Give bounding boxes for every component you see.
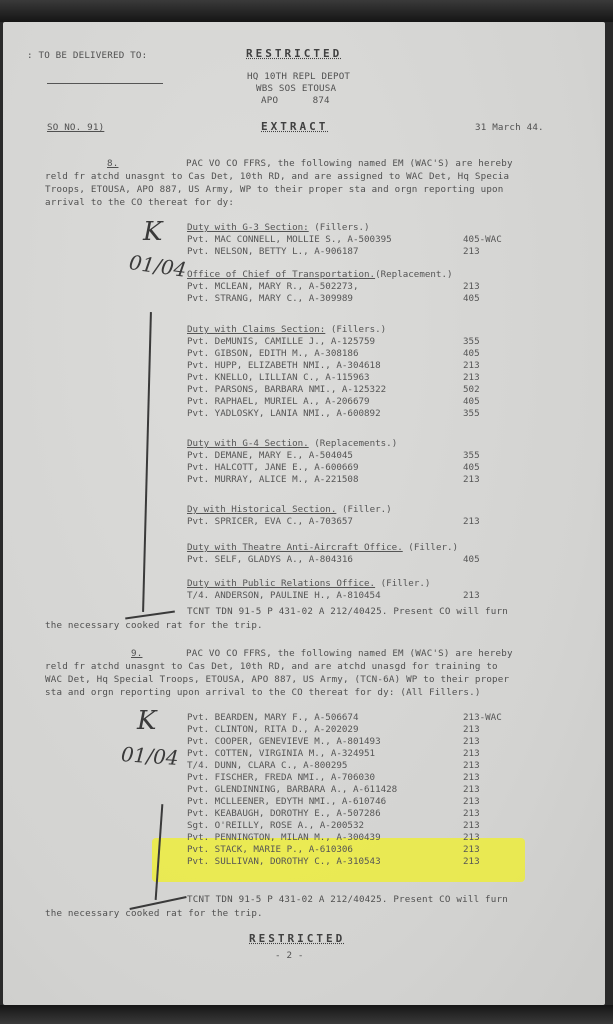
mos-code: 213	[463, 516, 480, 527]
roster-entry: Pvt. CLINTON, RITA D., A-202029	[187, 724, 358, 735]
roster-entry: Pvt. COTTEN, VIRGINIA M., A-324951	[187, 748, 375, 759]
section-heading-claims: Duty with Claims Section: (Fillers.)	[187, 324, 386, 335]
paragraph-8-closing-line-1: TCNT TDN 91-5 P 431-02 A 212/40425. Pres…	[187, 606, 508, 617]
unit-line-2: WBS SOS ETOUSA	[256, 83, 336, 94]
section-heading-g4: Duty with G-4 Section. (Replacements.)	[187, 438, 397, 449]
delivered-to-label: : TO BE DELIVERED TO:	[27, 50, 147, 61]
roster-entry: Pvt. DEMANE, MARY E., A-504045	[187, 450, 353, 461]
paragraph-8-number: 8.	[107, 158, 118, 169]
roster-entry: Sgt. O'REILLY, ROSE A., A-200532	[187, 820, 364, 831]
roster-entry: Pvt. MAC CONNELL, MOLLIE S., A-500395	[187, 234, 392, 245]
mos-code: 213	[463, 724, 480, 735]
roster-entry-highlighted: Pvt. SULLIVAN, DOROTHY C., A-310543	[187, 856, 381, 867]
mos-code: 213	[463, 856, 480, 867]
mos-code: 213	[463, 760, 480, 771]
roster-entry: Pvt. SELF, GLADYS A., A-804316	[187, 554, 353, 565]
roster-entry: Pvt. FISCHER, FREDA NMI., A-706030	[187, 772, 375, 783]
mos-code: 405	[463, 348, 480, 359]
film-border-top	[0, 0, 613, 22]
paragraph-9-line-4: sta and orgn reporting upon arrival to t…	[45, 687, 481, 698]
handwritten-date-1: 01/04	[128, 250, 188, 282]
document-page: : TO BE DELIVERED TO: RESTRICTED HQ 10TH…	[3, 22, 605, 1005]
section-heading-public-relations: Duty with Public Relations Office. (Fill…	[187, 578, 430, 589]
paragraph-8-line-3: Troops, ETOUSA, APO 887, US Army, WP to …	[45, 184, 504, 195]
mos-code: 213	[463, 772, 480, 783]
roster-entry: Pvt. COOPER, GENEVIEVE M., A-801493	[187, 736, 381, 747]
roster-entry: Pvt. HUPP, ELIZABETH NMI., A-304618	[187, 360, 381, 371]
mos-code: 405	[463, 396, 480, 407]
paragraph-9-closing-line-2: the necessary cooked rat for the trip.	[45, 908, 263, 919]
roster-entry: Pvt. BEARDEN, MARY F., A-506674	[187, 712, 358, 723]
unit-line-3: APO 874	[261, 95, 330, 106]
mos-code: 213	[463, 748, 480, 759]
paragraph-9-closing-line-1: TCNT TDN 91-5 P 431-02 A 212/40425. Pres…	[187, 894, 508, 905]
mos-code: 213	[463, 820, 480, 831]
roster-entry: Pvt. GIBSON, EDITH M., A-308186	[187, 348, 358, 359]
film-border-bottom	[0, 1005, 613, 1024]
section-heading-anti-aircraft: Duty with Theatre Anti-Aircraft Office. …	[187, 542, 458, 553]
mos-code: 213	[463, 360, 480, 371]
handwritten-mark-k-1: K	[143, 217, 162, 247]
paragraph-9-line-3: WAC Det, Hq Special Troops, ETOUSA, APO …	[45, 674, 509, 685]
roster-entry: T/4. DUNN, CLARA C., A-800295	[187, 760, 347, 771]
handwritten-bracket-hook-1	[125, 611, 175, 619]
document-title: EXTRACT	[261, 120, 328, 133]
roster-entry: Pvt. MURRAY, ALICE M., A-221508	[187, 474, 358, 485]
paragraph-9-number: 9.	[131, 648, 142, 659]
mos-code: 213	[463, 844, 480, 855]
roster-entry: Pvt. SPRICER, EVA C., A-703657	[187, 516, 353, 527]
mos-code: 213	[463, 808, 480, 819]
mos-code: 355	[463, 336, 480, 347]
roster-entry: Pvt. KNELLO, LILLIAN C., A-115963	[187, 372, 370, 383]
order-number: SO NO. 91)	[47, 122, 104, 133]
paragraph-8-line-2: reld fr atchd unasgnt to Cas Det, 10th R…	[45, 171, 509, 182]
roster-entry: Pvt. HALCOTT, JANE E., A-600669	[187, 462, 358, 473]
roster-entry: Pvt. STRANG, MARY C., A-309989	[187, 293, 353, 304]
mos-code: 405	[463, 462, 480, 473]
section-heading-transportation: Office of Chief of Transportation.(Repla…	[187, 269, 453, 280]
mos-code: 213	[463, 246, 480, 257]
roster-entry: Pvt. YADLOSKY, LANIA NMI., A-600892	[187, 408, 381, 419]
mos-code: 355	[463, 450, 480, 461]
mos-code: 213	[463, 372, 480, 383]
mos-code: 405	[463, 554, 480, 565]
paragraph-8-line-4: arrival to the CO thereat for dy:	[45, 197, 234, 208]
mos-code: 213	[463, 796, 480, 807]
page-number: - 2 -	[275, 950, 304, 961]
mos-code: 405-WAC	[463, 234, 502, 245]
roster-entry: Pvt. MCLEAN, MARY R., A-502273,	[187, 281, 358, 292]
mos-code: 213	[463, 736, 480, 747]
handwritten-mark-k-2: K	[137, 706, 156, 736]
roster-entry: Pvt. PARSONS, BARBARA NMI., A-125322	[187, 384, 386, 395]
handwritten-date-2: 01/04	[120, 742, 179, 770]
classification-footer: RESTRICTED	[249, 932, 345, 945]
paragraph-8-closing-line-2: the necessary cooked rat for the trip.	[45, 620, 263, 631]
classification-header: RESTRICTED	[246, 47, 342, 60]
section-heading-g3: Duty with G-3 Section: (Fillers.)	[187, 222, 370, 233]
roster-entry: Pvt. DeMUNIS, CAMILLE J., A-125759	[187, 336, 375, 347]
mos-code: 355	[463, 408, 480, 419]
paragraph-9-line-2: reld fr atchd unasgnt to Cas Det, 10th R…	[45, 661, 498, 672]
roster-entry: Pvt. NELSON, BETTY L., A-906187	[187, 246, 358, 257]
mos-code: 213	[463, 784, 480, 795]
document-date: 31 March 44.	[475, 122, 544, 133]
mos-code: 213-WAC	[463, 712, 502, 723]
roster-entry-highlighted: Pvt. PENNINGTON, MILAN M., A-300439	[187, 832, 381, 843]
delivered-to-line	[47, 83, 163, 84]
mos-code: 213	[463, 832, 480, 843]
roster-entry: Pvt. KEABAUGH, DOROTHY E., A-507286	[187, 808, 381, 819]
paragraph-9-line-1: PAC VO CO FFRS, the following named EM (…	[186, 648, 513, 659]
paragraph-8-line-1: PAC VO CO FFRS, the following named EM (…	[186, 158, 513, 169]
handwritten-bracket-line-1	[142, 312, 151, 612]
roster-entry: Pvt. MCLLEENER, EDYTH NMI., A-610746	[187, 796, 386, 807]
roster-entry-highlighted: Pvt. STACK, MARIE P., A-610306	[187, 844, 353, 855]
mos-code: 213	[463, 474, 480, 485]
section-heading-historical: Dy with Historical Section. (Filler.)	[187, 504, 392, 515]
unit-line-1: HQ 10TH REPL DEPOT	[247, 71, 350, 82]
mos-code: 213	[463, 590, 480, 601]
mos-code: 405	[463, 293, 480, 304]
roster-entry: T/4. ANDERSON, PAULINE H., A-810454	[187, 590, 381, 601]
mos-code: 213	[463, 281, 480, 292]
roster-entry: Pvt. GLENDINNING, BARBARA A., A-611428	[187, 784, 397, 795]
mos-code: 502	[463, 384, 480, 395]
roster-entry: Pvt. RAPHAEL, MURIEL A., A-206679	[187, 396, 370, 407]
